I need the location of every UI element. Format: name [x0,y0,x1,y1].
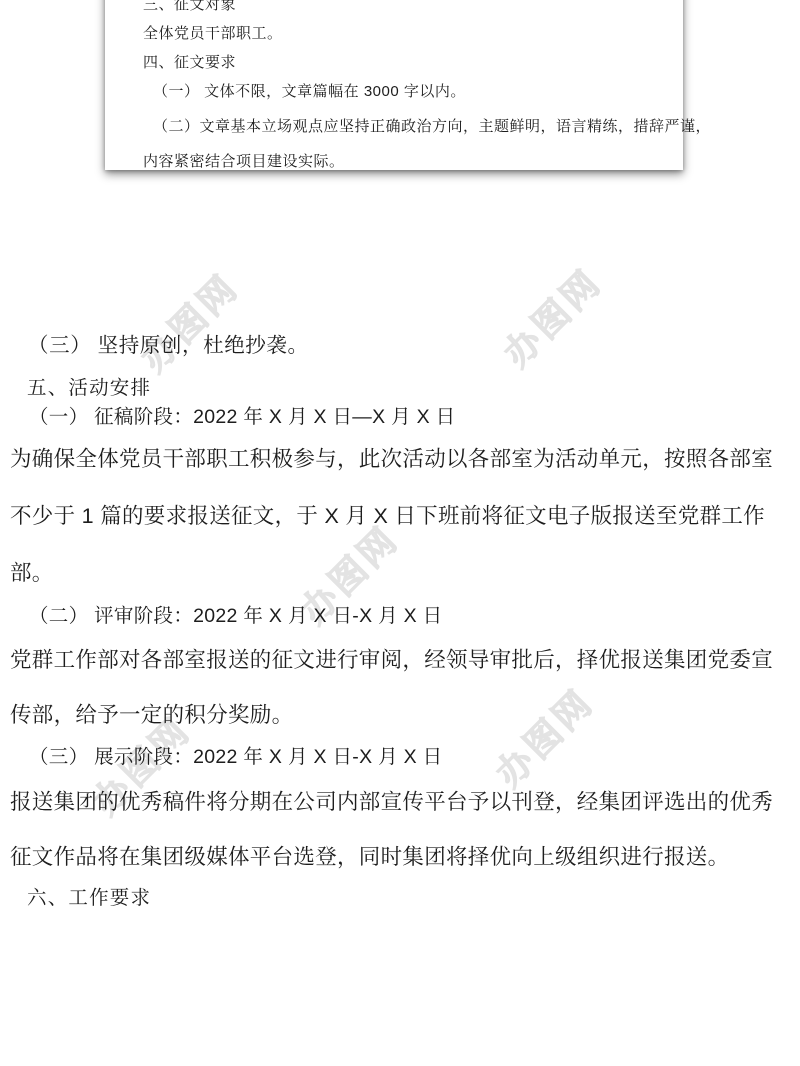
doc-line-paragraph: 为确保全体党员干部职工积极参与，此次活动以各部室为活动单元，按照各部室 [10,447,773,472]
site-watermark: 办图网 [118,251,262,395]
doc-line-paragraph: 传部，给予一定的积分奖励。 [10,703,293,728]
document-page: 办图网 办图网 办图网 办图网 办图网 三、征文对象 全体党员干部职工。 四、征… [0,0,800,1066]
site-watermark: 办图网 [481,246,625,390]
scanned-page-card: 三、征文对象 全体党员干部职工。 四、征文要求 （一） 文体不限，文章篇幅在 3… [105,0,683,170]
doc-line-phase-2-review: （二） 评审阶段：2022 年 X 月 X 日-X 月 X 日 [29,605,442,627]
doc-line-section-6-heading: 六、工作要求 [27,887,151,909]
card-line-section-3-heading: 三、征文对象 [143,0,665,19]
doc-line-phase-3-display: （三） 展示阶段：2022 年 X 月 X 日-X 月 X 日 [29,746,442,768]
doc-line-phase-1-collection: （一） 征稿阶段：2022 年 X 月 X 日—X 月 X 日 [29,406,455,428]
doc-line-requirement-3: （三） 坚持原创，杜绝抄袭。 [28,334,309,358]
doc-line-paragraph: 征文作品将在集团级媒体平台选登，同时集团将择优向上级组织进行报送。 [10,845,729,870]
card-line-section-4-heading: 四、征文要求 [143,48,665,77]
card-line-target-audience: 全体党员干部职工。 [143,19,665,48]
card-line-requirement-2-cont: 内容紧密结合项目建设实际。 [143,147,665,176]
card-line-requirement-1: （一） 文体不限，文章篇幅在 3000 字以内。 [143,77,665,106]
card-line-requirement-2: （二）文章基本立场观点应坚持正确政治方向，主题鲜明，语言精练，措辞严谨， [143,112,665,141]
doc-line-paragraph: 报送集团的优秀稿件将分期在公司内部宣传平台予以刊登，经集团评选出的优秀 [10,790,773,815]
site-watermark: 办图网 [473,666,617,810]
doc-line-section-5-heading: 五、活动安排 [27,377,151,399]
doc-line-paragraph: 不少于 1 篇的要求报送征文，于 X 月 X 日下班前将征文电子版报送至党群工作 [10,504,765,529]
doc-line-paragraph: 部。 [10,561,54,586]
doc-line-paragraph: 党群工作部对各部室报送的征文进行审阅，经领导审批后，择优报送集团党委宣 [10,648,773,673]
